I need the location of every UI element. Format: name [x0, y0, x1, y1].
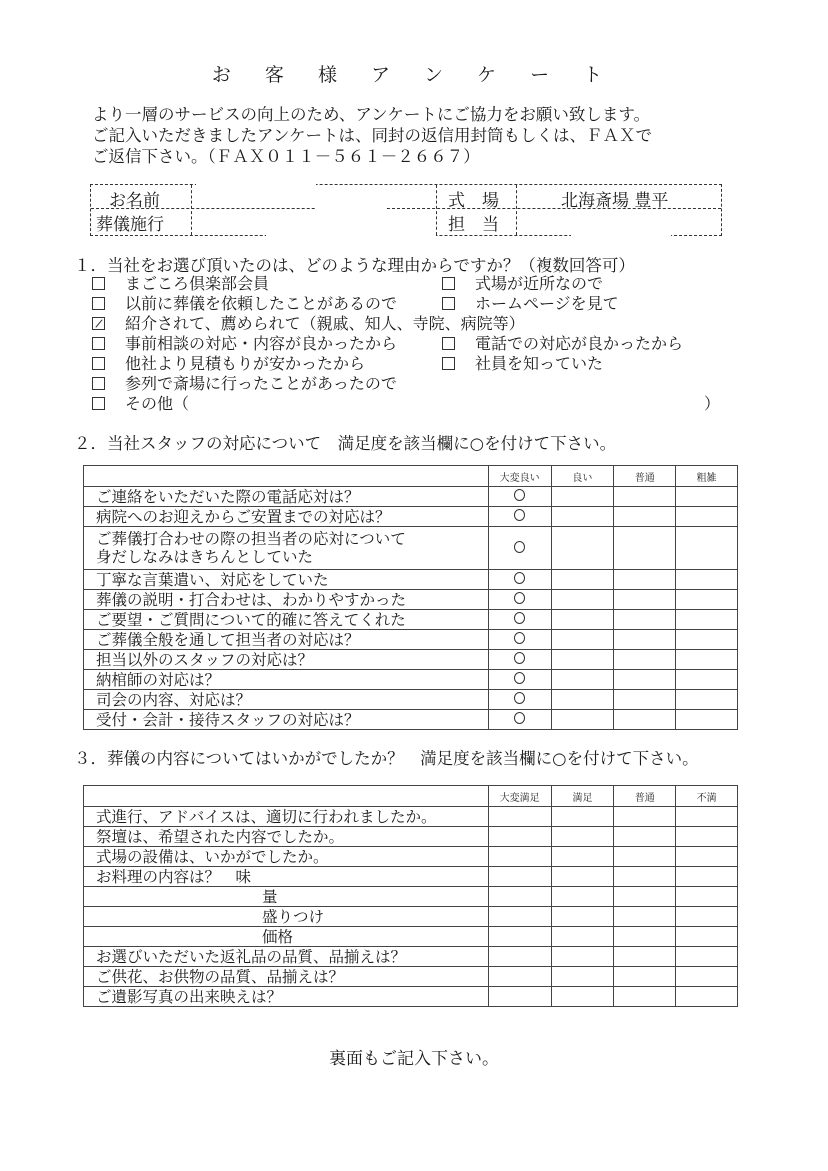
checkbox-icon[interactable] [442, 357, 455, 370]
table-row: ご葬儀全般を通して担当者の対応は？ [84, 630, 738, 650]
rating-cell[interactable] [488, 967, 551, 987]
page-title: お 客 様 ア ン ケ ー ト [0, 60, 828, 87]
checkbox-icon[interactable] [92, 297, 105, 310]
table-row: ご遺影写真の出来映えは？ [84, 987, 738, 1007]
rating-cell[interactable] [551, 847, 614, 867]
staff-rating-table: 大変良い 良い 普通 粗雑 ご連絡をいただいた際の電話応対は？ 病院へのお迎えか… [83, 465, 738, 730]
checkbox-icon[interactable] [92, 377, 105, 390]
rating-cell[interactable] [488, 670, 551, 690]
circle-mark-icon [514, 572, 525, 584]
rating-cell[interactable] [676, 487, 738, 507]
venue-label: 式 場 [448, 186, 499, 211]
rating-cell[interactable] [676, 527, 738, 570]
table-row: 式進行、アドバイスは、適切に行われましたか。 [84, 807, 738, 827]
customer-info-box: お名前 葬儀施行 式 場 北海斎場 豊平 担 当 [90, 184, 722, 236]
column-header: 満足 [551, 786, 614, 807]
table-header-row: 大変良い 良い 普通 粗雑 [84, 466, 738, 487]
rating-cell[interactable] [488, 847, 551, 867]
rating-cell[interactable] [676, 650, 738, 670]
rating-cell[interactable] [551, 807, 614, 827]
rating-cell[interactable] [676, 927, 738, 947]
table-row: 祭壇は、希望された内容でしたか。 [84, 827, 738, 847]
rating-cell[interactable] [551, 867, 614, 887]
checked-checkbox-icon[interactable] [92, 317, 105, 330]
rating-cell[interactable] [488, 710, 551, 730]
rating-cell[interactable] [551, 630, 614, 650]
circle-mark-icon [514, 592, 525, 604]
circle-mark-icon [514, 509, 525, 521]
rating-cell[interactable] [488, 610, 551, 630]
checkbox-icon[interactable] [442, 337, 455, 350]
rating-cell[interactable] [551, 967, 614, 987]
circle-mark-icon [514, 652, 525, 664]
table-row: 病院へのお迎えからご安置までの対応は？ [84, 507, 738, 527]
rating-cell[interactable] [551, 670, 614, 690]
rating-cell[interactable] [551, 690, 614, 710]
rating-cell[interactable] [614, 670, 676, 690]
rating-cell[interactable] [676, 807, 738, 827]
rating-cell[interactable] [614, 710, 676, 730]
column-header: 普通 [614, 786, 676, 807]
circle-mark-icon [514, 489, 525, 501]
rating-cell[interactable] [488, 827, 551, 847]
rating-cell[interactable] [614, 650, 676, 670]
rating-cell[interactable] [676, 610, 738, 630]
rating-cell[interactable] [676, 710, 738, 730]
venue-value[interactable]: 北海斎場 豊平 [561, 186, 668, 211]
intro-line-1: より一層のサービスの向上のため、アンケートにご協力をお願い致します。 [92, 104, 652, 125]
rating-cell[interactable] [614, 570, 676, 590]
rating-cell[interactable] [676, 947, 738, 967]
table-row: 葬儀の説明・打合わせは、わかりやすかった [84, 590, 738, 610]
rating-cell[interactable] [676, 967, 738, 987]
table-row: 価格 [84, 927, 738, 947]
column-header: 良い [551, 466, 614, 487]
option-know-staff[interactable]: 社員を知っていた [442, 351, 603, 374]
name-label: お名前 [109, 186, 160, 211]
staff-label: 担 当 [448, 210, 499, 235]
rating-cell[interactable] [551, 650, 614, 670]
rating-cell[interactable] [614, 847, 676, 867]
rating-cell[interactable] [551, 927, 614, 947]
footer-note: 裏面もご記入下さい。 [0, 1044, 828, 1069]
rating-cell[interactable] [676, 987, 738, 1007]
table-row: 司会の内容、対応は？ [84, 690, 738, 710]
rating-cell[interactable] [488, 650, 551, 670]
rating-cell[interactable] [551, 987, 614, 1007]
other-close-paren: ） [704, 391, 720, 414]
circle-mark-icon [514, 612, 525, 624]
rating-cell[interactable] [614, 987, 676, 1007]
rating-cell[interactable] [676, 507, 738, 527]
table-row: ご要望・ご質問について的確に答えてくれた [84, 610, 738, 630]
rating-cell[interactable] [488, 807, 551, 827]
rating-cell[interactable] [488, 570, 551, 590]
rating-cell[interactable] [614, 947, 676, 967]
rating-cell[interactable] [676, 827, 738, 847]
rating-cell[interactable] [676, 670, 738, 690]
rating-cell[interactable] [488, 487, 551, 507]
rating-cell[interactable] [551, 907, 614, 927]
table-row: お料理の内容は？ 味 [84, 867, 738, 887]
checkbox-icon[interactable] [92, 357, 105, 370]
checkbox-icon[interactable] [442, 277, 455, 290]
rating-cell[interactable] [676, 867, 738, 887]
rating-cell[interactable] [551, 570, 614, 590]
table-header-row: 大変満足 満足 普通 不満 [84, 786, 738, 807]
rating-cell[interactable] [551, 590, 614, 610]
rating-cell[interactable] [614, 907, 676, 927]
funeral-field[interactable] [201, 210, 431, 230]
rating-cell[interactable] [614, 630, 676, 650]
circle-mark-icon [514, 692, 525, 704]
table-row: 担当以外のスタッフの対応は？ [84, 650, 738, 670]
column-header: 普通 [614, 466, 676, 487]
option-other[interactable]: その他（ [92, 391, 189, 414]
rating-cell[interactable] [488, 867, 551, 887]
rating-cell[interactable] [488, 907, 551, 927]
table-row: お選びいただいた返礼品の品質、品揃えは？ [84, 947, 738, 967]
rating-cell[interactable] [676, 590, 738, 610]
rating-cell[interactable] [488, 987, 551, 1007]
rating-cell[interactable] [551, 527, 614, 570]
rating-cell[interactable] [676, 887, 738, 907]
table-row: 式場の設備は、いかがでしたか。 [84, 847, 738, 867]
rating-cell[interactable] [551, 507, 614, 527]
rating-cell[interactable] [614, 590, 676, 610]
checkbox-icon[interactable] [92, 337, 105, 350]
rating-cell[interactable] [614, 527, 676, 570]
rating-cell[interactable] [614, 507, 676, 527]
intro-line-3: ご返信下さい。（ＦＡＸ０１１－５６１－２６６７） [92, 146, 652, 167]
table-row: 盛りつけ [84, 907, 738, 927]
rating-cell[interactable] [551, 610, 614, 630]
column-header: 大変良い [488, 466, 551, 487]
staff-field[interactable] [526, 210, 716, 230]
checkbox-icon[interactable] [442, 297, 455, 310]
circle-mark-icon [514, 632, 525, 644]
column-header: 不満 [676, 786, 738, 807]
intro-text: より一層のサービスの向上のため、アンケートにご協力をお願い致します。 ご記入いた… [92, 104, 652, 167]
intro-line-2: ご記入いただきましたアンケートは、同封の返信用封筒もしくは、ＦＡＸで [92, 125, 652, 146]
rating-cell[interactable] [614, 487, 676, 507]
rating-cell[interactable] [676, 847, 738, 867]
checkbox-icon[interactable] [92, 397, 105, 410]
rating-cell[interactable] [676, 690, 738, 710]
column-header: 粗雑 [676, 466, 738, 487]
rating-cell[interactable] [614, 690, 676, 710]
rating-cell[interactable] [488, 927, 551, 947]
rating-cell[interactable] [551, 487, 614, 507]
rating-cell[interactable] [488, 507, 551, 527]
column-header: 大変満足 [488, 786, 551, 807]
name-field[interactable] [201, 186, 431, 206]
rating-cell[interactable] [488, 947, 551, 967]
section2-question: ２．当社スタッフの対応について 満足度を該当欄に○を付けて下さい。 [74, 430, 616, 454]
table-row: ご供花、お供物の品質、品揃えは？ [84, 967, 738, 987]
rating-cell[interactable] [614, 827, 676, 847]
rating-cell[interactable] [676, 907, 738, 927]
rating-cell[interactable] [614, 927, 676, 947]
table-row: ご葬儀打合わせの際の担当者の応対について身だしなみはきちんとしていた [84, 527, 738, 570]
table-row: 納棺師の対応は？ [84, 670, 738, 690]
rating-cell[interactable] [614, 967, 676, 987]
rating-cell[interactable] [614, 867, 676, 887]
rating-cell[interactable] [488, 887, 551, 907]
rating-cell[interactable] [551, 947, 614, 967]
table-row: 丁寧な言葉遣い、対応をしていた [84, 570, 738, 590]
rating-cell[interactable] [676, 570, 738, 590]
rating-cell[interactable] [551, 827, 614, 847]
table-row: 量 [84, 887, 738, 907]
funeral-label: 葬儀施行 [96, 210, 164, 235]
rating-cell[interactable] [488, 690, 551, 710]
rating-cell[interactable] [488, 527, 551, 570]
table-row: ご連絡をいただいた際の電話応対は？ [84, 487, 738, 507]
rating-cell[interactable] [614, 610, 676, 630]
rating-cell[interactable] [676, 630, 738, 650]
rating-cell[interactable] [551, 887, 614, 907]
rating-cell[interactable] [614, 887, 676, 907]
rating-cell[interactable] [614, 807, 676, 827]
rating-cell[interactable] [488, 630, 551, 650]
funeral-rating-table: 大変満足 満足 普通 不満 式進行、アドバイスは、適切に行われましたか。 祭壇は… [83, 785, 738, 1007]
option-homepage[interactable]: ホームページを見て [442, 291, 619, 314]
circle-mark-icon [514, 672, 525, 684]
circle-mark-icon [514, 712, 525, 724]
checkbox-icon[interactable] [92, 277, 105, 290]
circle-mark-icon [514, 541, 525, 553]
table-row: 受付・会計・接待スタッフの対応は？ [84, 710, 738, 730]
rating-cell[interactable] [488, 590, 551, 610]
rating-cell[interactable] [551, 710, 614, 730]
section3-question: ３．葬儀の内容についてはいかがでしたか？ 満足度を該当欄に○を付けて下さい。 [74, 745, 699, 769]
